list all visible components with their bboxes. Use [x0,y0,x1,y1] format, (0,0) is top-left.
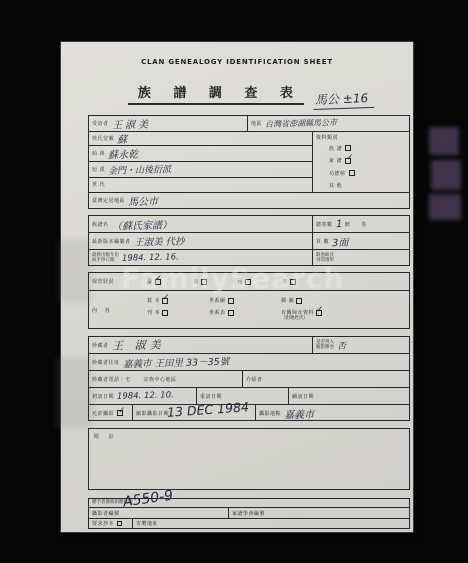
content-label: 內 容 [92,307,144,314]
content-cell: 內 容 寫 本 ✓ 世系圖 插 圖 [89,291,409,329]
revisit-label: 重訪日期 [200,393,222,400]
listed-label-line2: 縮影膠卷 [316,345,334,351]
category-item-label: 家 譜 [329,157,342,164]
checkbox [290,279,296,285]
film-place-value: 嘉義市 [284,405,314,421]
table-row: 世 代 [89,178,312,191]
surname-hall-cell: 姓氏堂號 蘇 [89,132,312,145]
area-label: 地區 [251,120,262,127]
table-row: 保管狀況 優 ✓ 良 可 劣 [89,273,409,291]
stamp-bleed-ghost [57,240,91,302]
content-option-label: 世系圖 [209,297,226,304]
content-option-note: （附連姓氏） [281,316,324,322]
book-name-value: （蘇氏家譜） [111,216,171,233]
content-option-label: 有關婦女資料 [281,309,314,316]
reel-annotation: 馬公 ±16 [313,88,374,109]
volumes-cell: 總卷數 1 冊 卷 [313,216,409,232]
permit-label: 允許攝影 [92,410,114,417]
followup-visit-cell: 續訪日期 [289,388,409,404]
phone-label: 珍藏者電話｜宅 [92,376,131,383]
scanned-form-sheet: FamilySearch CLAN GENEALOGY IDENTIFICATI… [61,42,413,532]
check-icon: ✓ [346,153,354,163]
checkbox [117,521,122,526]
missing-label: 缺卷缺頁 刊印情形 [316,253,334,264]
permit-cell: 允許攝影 ✓ [89,405,133,421]
lineage-label: 衍 派 [92,166,105,173]
pages-label: 頁 數 [316,238,329,245]
condition-option-label: 良 [193,278,199,285]
listed-cell: 是否列入 縮影膠卷 否 [313,337,409,353]
keep-condition-label: 保管狀況 [92,278,144,285]
table-row: 珍藏者住址 嘉義市 王田里 33－35號 [89,354,409,371]
table-row: 初訪日期 1984. 12. 10. 重訪日期 續訪日期 [89,388,409,405]
compiler-cell: 最新版本編纂者 王淑美 代抄 [89,233,313,249]
interviewee-value: 王淑美 [111,115,150,131]
pub-date-label: 最新出版年份 或手抄日期 [92,253,119,264]
table-row: 最新版本編纂者 王淑美 代抄 頁 數 3面 [89,233,409,250]
camera-operator-cell: 攝影者編號 [89,508,229,518]
notes-box: 附 註 [88,428,410,490]
table-row: 姓氏堂號 蘇 [89,132,312,146]
holder-label: 珍藏者 [92,342,109,349]
category-item: 其 他 [313,180,409,193]
society-number-cell: 家譜學會編號 [229,508,409,518]
reel-annotation-text: 馬公 ±16 [313,89,375,110]
condition-option-label: 可 [238,278,244,285]
phone-cell: 珍藏者電話｜宅 宗族中心地區 [89,371,243,387]
content-options-line2: 刊 本 世系表 有關婦女資料 ✓ [147,309,406,328]
clan-center-label: 宗族中心地區 [144,376,177,383]
genealogy-book-table: 族譜名 （蘇氏家譜） 總卷數 1 冊 卷 最新版本編纂者 王淑美 代抄 頁 數 … [88,215,410,266]
checkbox [349,170,355,176]
pub-date-label-line2: 或手抄日期 [92,258,119,264]
content-option-label: 刊 本 [147,309,160,316]
generation-label: 世 代 [92,181,105,188]
address-label: 珍藏者住址 [92,359,120,366]
seal-stamp [429,127,459,155]
area-value: 台灣省澎湖縣馬公市 [265,117,337,130]
first-visit-value: 1984. 12. 10. [117,390,174,401]
form-title: 族 譜 調 查 表 [128,82,304,105]
condition-option: 良 [193,278,207,285]
copy-request-cell: 要求抄本 [89,519,133,528]
content-option-label: 插 圖 [281,297,294,304]
table-row: 始 祖 蘇永乾 [89,146,312,162]
table-row: 最新出版年份 或手抄日期 1984. 12. 16. 缺卷缺頁 刊印情形 [89,250,409,266]
pub-date-cell: 最新出版年份 或手抄日期 1984. 12. 16. [89,250,313,266]
table-row: 衍 派 金門・山後衍派 [89,162,312,178]
book-name-label: 族譜名 [92,221,109,228]
notes-label: 附 註 [94,433,118,440]
address-value: 嘉義市 王田里 33－35號 [122,354,229,371]
holder-cell: 珍藏者 王 淑美 [89,337,313,353]
table-row: 內 容 寫 本 ✓ 世系圖 插 圖 [89,291,409,329]
interviewee-cell: 受訪者 王淑美 [89,116,248,131]
camera-operator-label: 攝影者編號 [92,510,120,517]
volumes-unit1: 冊 [345,221,351,228]
content-options-line1: 寫 本 ✓ 世系圖 插 圖 [147,292,406,309]
seal-stamp [429,194,461,220]
first-ancestor-cell: 始 祖 蘇永乾 [89,146,312,161]
english-header: CLAN GENEALOGY IDENTIFICATION SHEET [61,58,413,66]
listed-label: 是否列入 縮影膠卷 [316,340,334,351]
compiler-label: 最新版本編纂者 [92,238,131,245]
content-option: 世系圖 [209,297,281,304]
film-date-label: 縮影攝影日期 [136,410,169,417]
film-place-label: 攝影地點 [259,410,281,417]
surname-hall-label: 姓氏堂號 [92,135,114,142]
checkbox [162,310,168,316]
content-option: 寫 本 ✓ [147,297,209,304]
film-date-cell: 縮影攝影日期 13 DEC 1984 [133,405,256,421]
lineage-cell: 衍 派 金門・山後衍派 [89,162,312,177]
book-name-cell: 族譜名 （蘇氏家譜） [89,216,313,232]
check-icon: ✓ [155,274,163,284]
content-option-label: 寫 本 [147,297,160,304]
lineage-value: 金門・山後衍派 [108,162,171,177]
holder-value: 王 淑美 [111,336,164,353]
condition-option-label: 劣 [282,278,288,285]
table-row: 姓氏堂號 蘇 始 祖 蘇永乾 衍 派 金門・山後衍派 [89,132,409,193]
category-item-label: 其 他 [329,182,342,189]
basic-info-table: 受訪者 王淑美 地區 台灣省澎湖縣馬公市 姓氏堂號 蘇 始 祖 [88,115,410,209]
condition-table: 保管狀況 優 ✓ 良 可 劣 [88,272,410,329]
send-address-label: 寄贈地址 [136,520,158,527]
table-row: 族譜名 （蘇氏家譜） 總卷數 1 冊 卷 [89,216,409,233]
content-option: 有關婦女資料 ✓ [281,309,324,316]
content-option-women: 有關婦女資料 ✓ （附連姓氏） [281,309,324,322]
checkbox [228,298,234,304]
listed-value: 否 [337,338,346,351]
checkbox [345,145,351,151]
volumes-label: 總卷數 [316,221,333,228]
surname-hall-value: 蘇 [117,131,127,146]
table-row: 珍藏者 王 淑美 是否列入 縮影膠卷 否 [89,337,409,354]
keep-condition-cell: 保管狀況 優 ✓ 良 可 劣 [89,273,409,290]
first-visit-label: 初訪日期 [92,393,114,400]
address-cell: 珍藏者住址 嘉義市 王田里 33－35號 [89,354,409,370]
table-row: 允許攝影 ✓ 縮影攝影日期 13 DEC 1984 攝影地點 嘉義市 [89,405,409,421]
category-item: 功德榜 [313,167,409,180]
generation-cell: 世 代 [89,178,312,191]
holder-table: 珍藏者 王 淑美 是否列入 縮影膠卷 否 珍藏者住址 嘉義市 王田里 33－35… [88,336,410,421]
seal-stamp [431,160,461,190]
settle-area-label: 臺灣定居地區 [92,197,125,204]
followup-visit-label: 續訪日期 [292,393,314,400]
missing-cell: 缺卷缺頁 刊印情形 [313,250,409,266]
category-item: 族 譜 [313,142,409,155]
content-options: 寫 本 ✓ 世系圖 插 圖 [147,292,406,328]
area-cell: 地區 台灣省澎湖縣馬公市 [248,116,409,131]
checkbox [245,279,251,285]
table-row: 要求抄本 寄贈地址 [89,519,409,528]
send-address-cell: 寄贈地址 [133,519,409,528]
settle-area-cell: 臺灣定居地區 馬公市 [89,193,409,208]
category-item-label: 功德榜 [329,170,346,177]
category-item: 家 譜 ✓ [313,155,409,168]
missing-label-line2: 刊印情形 [316,258,334,264]
pages-cell: 頁 數 3面 [313,233,409,249]
table-row: 攝影者編號 家譜學會編號 [89,508,409,519]
check-icon: ✓ [118,406,126,416]
volumes-unit2: 卷 [361,221,367,228]
pub-date-value: 1984. 12. 16. [122,252,179,263]
data-category-box: 資料類別 族 譜 家 譜 ✓ 功德榜 其 他 [313,132,409,192]
film-place-cell: 攝影地點 嘉義市 [256,405,409,421]
society-number-label: 家譜學會編號 [232,510,265,517]
table-row: 受訪者 王淑美 地區 台灣省澎湖縣馬公市 [89,116,409,132]
first-ancestor-value: 蘇永乾 [108,146,138,162]
check-icon: ✓ [162,293,170,303]
table-row: 臺灣定居地區 馬公市 [89,193,409,208]
microfilm-frame: { "header": { "eng_title": "CLAN GENEALO… [0,0,468,563]
content-option: 刊 本 [147,309,209,316]
checkbox [228,310,234,316]
table-row: 珍藏者電話｜宅 宗族中心地區 介紹者 [89,371,409,388]
condition-option: 優 ✓ [147,278,162,285]
category-item-label: 族 譜 [329,145,342,152]
introducer-label: 介紹者 [246,376,263,383]
introducer-cell: 介紹者 [243,371,409,387]
checkbox [296,298,302,304]
check-icon: ✓ [316,305,324,315]
copy-request-label: 要求抄本 [92,520,114,527]
settle-area-value: 馬公市 [128,193,158,209]
checkbox [201,279,207,285]
condition-option: 劣 [282,278,296,285]
content-option: 世系表 [209,309,281,316]
interviewee-label: 受訪者 [92,120,109,127]
content-option-label: 世系表 [209,309,226,316]
pages-value: 3面 [332,233,349,248]
first-visit-cell: 初訪日期 1984. 12. 10. [89,388,197,404]
compiler-value: 王淑美 代抄 [133,233,184,248]
condition-option-label: 優 [147,278,153,285]
condition-option: 可 [238,278,252,285]
content-option: 插 圖 [281,297,302,304]
first-ancestor-label: 始 祖 [92,150,105,157]
basic-left-column: 姓氏堂號 蘇 始 祖 蘇永乾 衍 派 金門・山後衍派 [89,132,313,192]
volumes-value: 1 [335,218,342,229]
data-category-label: 資料類別 [313,133,409,142]
